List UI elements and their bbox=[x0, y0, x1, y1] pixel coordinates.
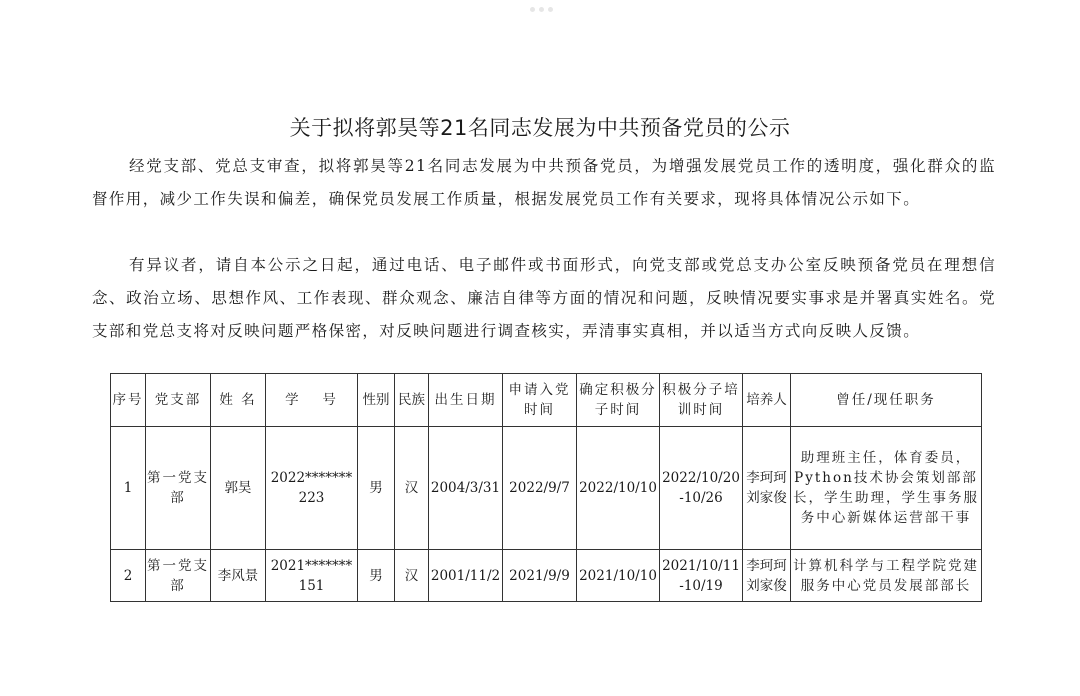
cell-positions: 计算机科学与工程学院党建服务中心党员发展部部长 bbox=[791, 550, 982, 602]
cell-gender: 男 bbox=[358, 550, 395, 602]
cell-no: 2 bbox=[111, 550, 146, 602]
header-birth: 出生日期 bbox=[429, 374, 503, 427]
header-student-id: 学 号 bbox=[266, 374, 358, 427]
cell-name: 李风景 bbox=[211, 550, 266, 602]
cell-training: 2021/10/11-10/19 bbox=[660, 550, 743, 602]
cell-branch: 第一党支部 bbox=[146, 550, 211, 602]
cell-no: 1 bbox=[111, 427, 146, 550]
header-apply-date: 申请入党时间 bbox=[503, 374, 577, 427]
cell-apply-date: 2021/9/9 bbox=[503, 550, 577, 602]
paragraph-intro: 经党支部、党总支审查，拟将郭昊等21名同志发展为中共预备党员，为增强发展党员工作… bbox=[92, 150, 996, 216]
cell-activist-date: 2021/10/10 bbox=[577, 550, 660, 602]
candidate-table: 序号 党支部 姓 名 学 号 性别 民族 出生日期 申请入党时间 确定积极分子时… bbox=[110, 373, 982, 602]
cell-mentors: 李珂珂刘家俊 bbox=[743, 550, 791, 602]
cell-gender: 男 bbox=[358, 427, 395, 550]
header-branch: 党支部 bbox=[146, 374, 211, 427]
header-positions: 曾任/现任职务 bbox=[791, 374, 982, 427]
cell-mentors: 李珂珂刘家俊 bbox=[743, 427, 791, 550]
cell-activist-date: 2022/10/10 bbox=[577, 427, 660, 550]
cell-branch: 第一党支部 bbox=[146, 427, 211, 550]
cell-apply-date: 2022/9/7 bbox=[503, 427, 577, 550]
cell-birth: 2004/3/31 bbox=[429, 427, 503, 550]
cell-positions: 助理班主任，体育委员，Python技术协会策划部部长，学生助理，学生事务服务中心… bbox=[791, 427, 982, 550]
cell-ethnicity: 汉 bbox=[395, 550, 429, 602]
paragraph-objection: 有异议者，请自本公示之日起，通过电话、电子邮件或书面形式，向党支部或党总支办公室… bbox=[92, 249, 996, 348]
cell-training: 2022/10/20-10/26 bbox=[660, 427, 743, 550]
header-training: 积极分子培训时间 bbox=[660, 374, 743, 427]
header-ethnicity: 民族 bbox=[395, 374, 429, 427]
cell-ethnicity: 汉 bbox=[395, 427, 429, 550]
cell-student-id: 2021*******151 bbox=[266, 550, 358, 602]
table-header-row: 序号 党支部 姓 名 学 号 性别 民族 出生日期 申请入党时间 确定积极分子时… bbox=[111, 374, 982, 427]
cell-name: 郭昊 bbox=[211, 427, 266, 550]
table-row: 2 第一党支部 李风景 2021*******151 男 汉 2001/11/2… bbox=[111, 550, 982, 602]
table-row: 1 第一党支部 郭昊 2022*******223 男 汉 2004/3/31 … bbox=[111, 427, 982, 550]
cell-birth: 2001/11/2 bbox=[429, 550, 503, 602]
header-gender: 性别 bbox=[358, 374, 395, 427]
document-title: 关于拟将郭昊等21名同志发展为中共预备党员的公示 bbox=[0, 112, 1080, 142]
page-indicator-dots bbox=[530, 7, 553, 12]
header-no: 序号 bbox=[111, 374, 146, 427]
header-mentor: 培养人 bbox=[743, 374, 791, 427]
header-name: 姓 名 bbox=[211, 374, 266, 427]
cell-student-id: 2022*******223 bbox=[266, 427, 358, 550]
header-activist-date: 确定积极分子时间 bbox=[577, 374, 660, 427]
